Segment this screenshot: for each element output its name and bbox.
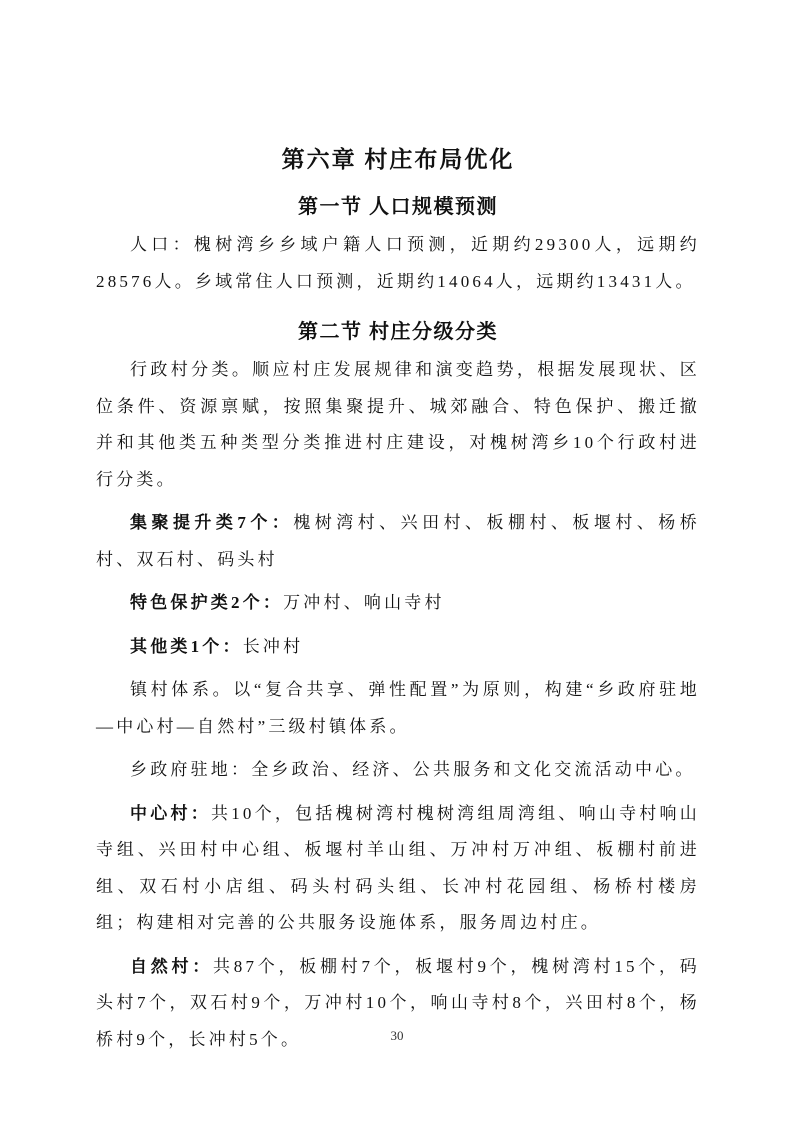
- paragraph-lead: 自然村：: [130, 957, 213, 976]
- paragraph-lead: 其他类1个：: [130, 637, 243, 656]
- paragraph-lead: 中心村：: [130, 804, 211, 823]
- paragraph-town-village-system: 镇村体系。以“复合共享、弹性配置”为原则，构建“乡政府驻地—中心村—自然村”三级…: [96, 672, 700, 745]
- paragraph-population-forecast: 人口：槐树湾乡乡域户籍人口预测，近期约29300人，远期约28576人。乡域常住…: [96, 227, 700, 300]
- paragraph-text: 镇村体系。以“复合共享、弹性配置”为原则，构建“乡政府驻地—中心村—自然村”三级…: [96, 680, 700, 736]
- paragraph-admin-village-classification: 行政村分类。顺应村庄发展规律和演变趋势，根据发展现状、区位条件、资源禀赋，按照集…: [96, 352, 700, 498]
- paragraph-text: 乡政府驻地：全乡政治、经济、公共服务和文化交流活动中心。: [130, 760, 696, 779]
- paragraph-text: 长冲村: [243, 637, 304, 656]
- chapter-title: 第六章 村庄布局优化: [96, 140, 700, 180]
- paragraph-text: 万冲村、响山寺村: [283, 593, 445, 612]
- paragraph-text: 行政村分类。顺应村庄发展规律和演变趋势，根据发展现状、区位条件、资源禀赋，按照集…: [96, 360, 700, 489]
- paragraph-cluster-upgrade-class: 集聚提升类7个：槐树湾村、兴田村、板棚村、板堰村、杨桥村、双石村、码头村: [96, 505, 700, 578]
- paragraph-other-class: 其他类1个：长冲村: [96, 629, 700, 666]
- paragraph-text: 人口：槐树湾乡乡域户籍人口预测，近期约29300人，远期约28576人。乡域常住…: [96, 235, 700, 291]
- page-number: 30: [0, 1028, 794, 1044]
- document-page: 第六章 村庄布局优化 第一节 人口规模预测 人口：槐树湾乡乡域户籍人口预测，近期…: [0, 0, 794, 1122]
- paragraph-special-protection-class: 特色保护类2个：万冲村、响山寺村: [96, 585, 700, 622]
- section-2-title: 第二节 村庄分级分类: [96, 312, 700, 352]
- paragraph-central-villages: 中心村：共10个，包括槐树湾村槐树湾组周湾组、响山寺村响山寺组、兴田村中心组、板…: [96, 796, 700, 942]
- section-1-title: 第一节 人口规模预测: [96, 187, 700, 227]
- paragraph-township-seat: 乡政府驻地：全乡政治、经济、公共服务和文化交流活动中心。: [96, 752, 700, 789]
- paragraph-lead: 集聚提升类7个：: [130, 513, 293, 532]
- paragraph-lead: 特色保护类2个：: [130, 593, 283, 612]
